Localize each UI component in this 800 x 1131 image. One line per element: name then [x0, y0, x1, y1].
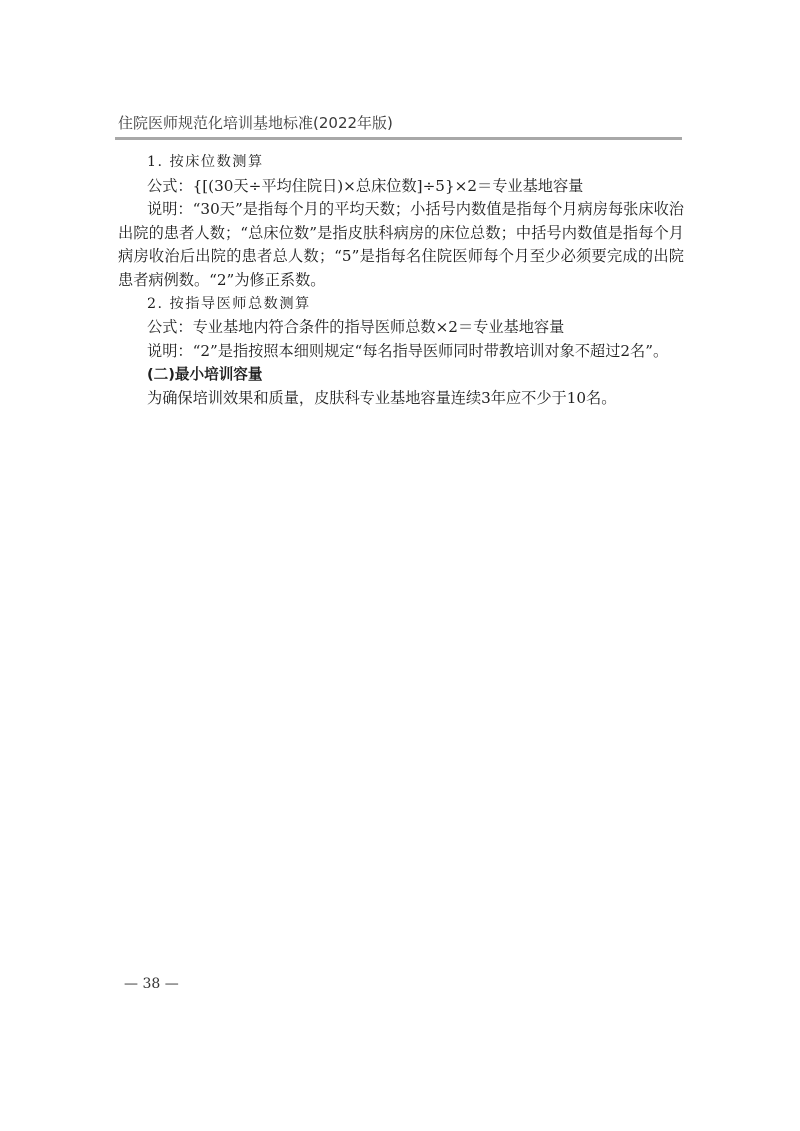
page-body: 1. 按床位数测算 公式：{[(30天÷平均住院日)×总床位数]÷5}×2＝专业… — [118, 151, 684, 411]
section-heading-min-capacity: (二)最小培训容量 — [118, 363, 684, 387]
running-header-title: 住院医师规范化培训基地标准(2022年版) — [118, 112, 393, 133]
item1-note: 说明：“30天”是指每个月的平均天数；小括号内数值是指每个月病房每张床收治出院的… — [118, 198, 684, 292]
item2-note: 说明：“2”是指按照本细则规定“每名指导医师同时带教培训对象不超过2名”。 — [118, 340, 684, 364]
item2-heading: 2. 按指导医师总数测算 — [118, 293, 684, 317]
item2-formula: 公式：专业基地内符合条件的指导医师总数×2＝专业基地容量 — [118, 316, 684, 340]
item1-heading: 1. 按床位数测算 — [118, 151, 684, 175]
item1-formula: 公式：{[(30天÷平均住院日)×总床位数]÷5}×2＝专业基地容量 — [118, 175, 684, 199]
header-divider — [115, 137, 682, 140]
page-number: — 38 — — [124, 976, 179, 992]
section-text-min-capacity: 为确保培训效果和质量，皮肤科专业基地容量连续3年应不少于10名。 — [118, 387, 684, 411]
